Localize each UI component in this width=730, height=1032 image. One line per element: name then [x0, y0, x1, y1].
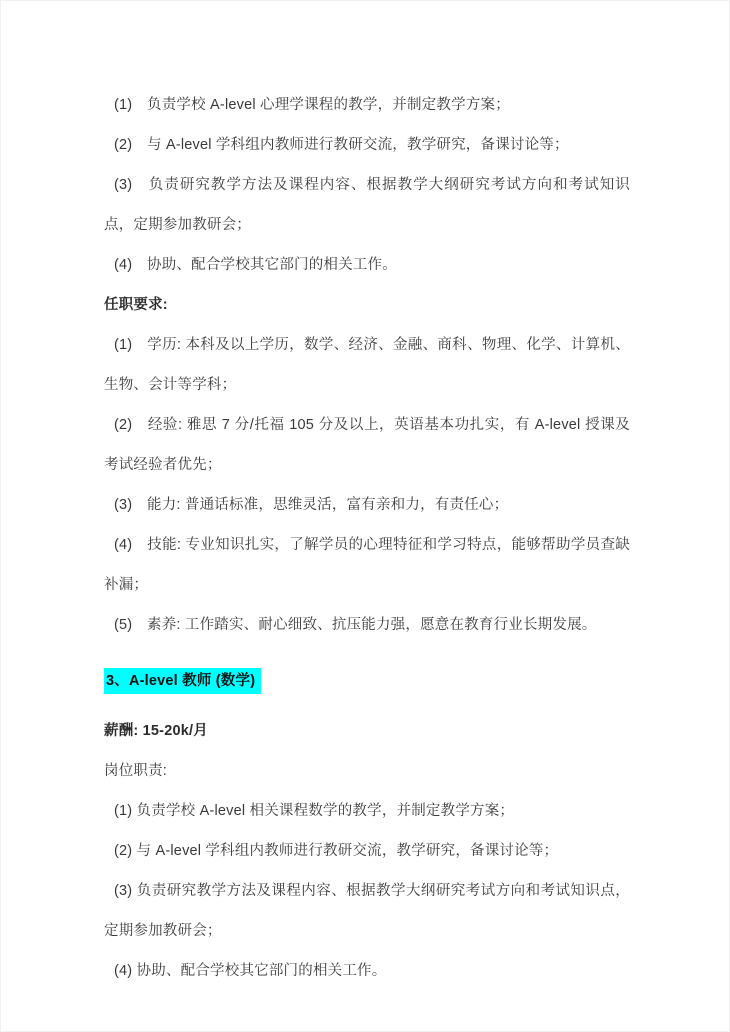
job2-duty-item: (4) 协助、配合学校其它部门的相关工作。	[104, 245, 630, 285]
job3-heading: 3、A-level 教师 (数学)	[104, 661, 630, 701]
job3-duty-item: (3) 负责研究教学方法及课程内容、根据教学大纲研究考试方向和考试知识点，定期参…	[104, 871, 630, 951]
job2-duty-item: (2) 与 A-level 学科组内教师进行教研交流，教学研究，备课讨论等；	[104, 125, 630, 165]
job3-heading-highlight: 3、A-level 教师 (数学)	[104, 668, 261, 694]
requirements-heading: 任职要求:	[104, 285, 630, 325]
salary-line: 薪酬: 15-20k/月	[104, 711, 630, 751]
requirement-item: (2) 经验: 雅思 7 分/托福 105 分及以上，英语基本功扎实，有 A-l…	[104, 405, 630, 485]
job3-duty-item: (1) 负责学校 A-level 相关课程数学的教学，并制定教学方案；	[104, 791, 630, 831]
duties-heading: 岗位职责:	[104, 751, 630, 791]
requirement-item: (3) 能力: 普通话标准，思维灵活，富有亲和力，有责任心；	[104, 485, 630, 525]
job3-duty-item: (4) 协助、配合学校其它部门的相关工作。	[104, 951, 630, 991]
requirement-item: (1) 学历: 本科及以上学历，数学、经济、金融、商科、物理、化学、计算机、生物…	[104, 325, 630, 405]
job3-duty-item: (2) 与 A-level 学科组内教师进行教研交流，教学研究，备课讨论等；	[104, 831, 630, 871]
requirement-item: (4) 技能: 专业知识扎实，了解学员的心理特征和学习特点，能够帮助学员查缺补漏…	[104, 525, 630, 605]
requirement-item: (5) 素养: 工作踏实、耐心细致、抗压能力强，愿意在教育行业长期发展。	[104, 605, 630, 645]
job2-duty-item: (1) 负责学校 A-level 心理学课程的教学，并制定教学方案；	[104, 85, 630, 125]
document-page: (1) 负责学校 A-level 心理学课程的教学，并制定教学方案； (2) 与…	[0, 0, 730, 1032]
job2-duty-item: (3) 负责研究教学方法及课程内容、根据教学大纲研究考试方向和考试知识点，定期参…	[104, 165, 630, 245]
document-content: (1) 负责学校 A-level 心理学课程的教学，并制定教学方案； (2) 与…	[104, 85, 630, 991]
